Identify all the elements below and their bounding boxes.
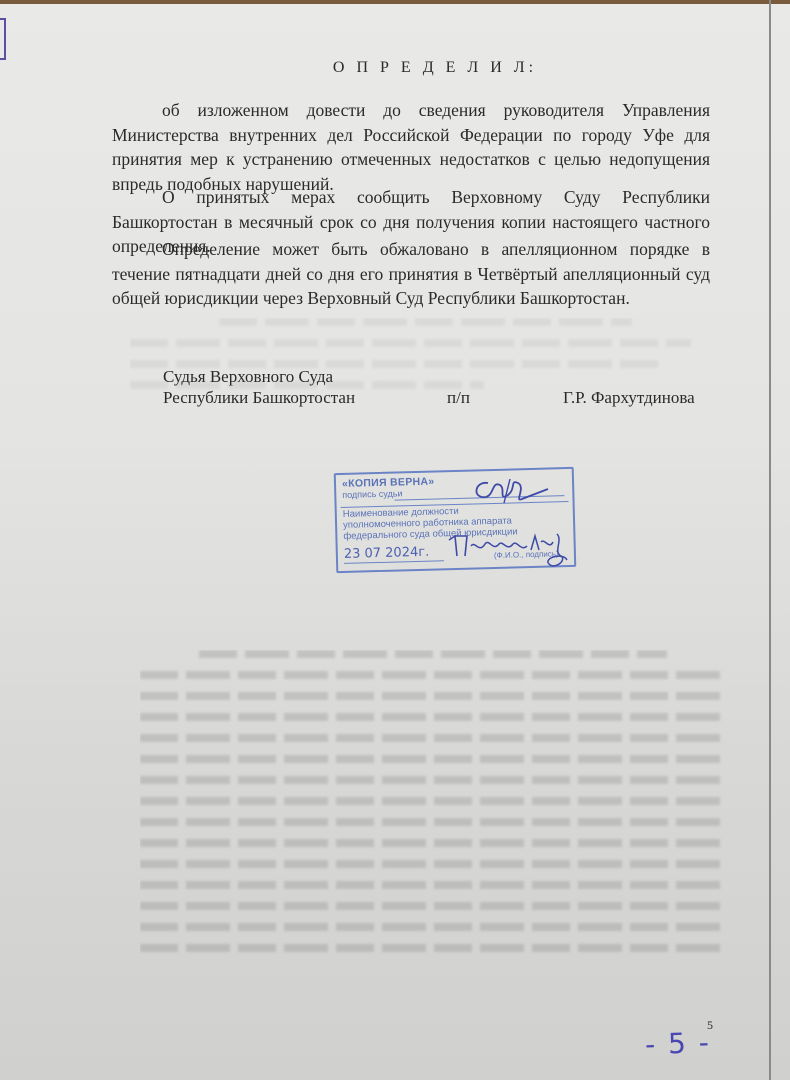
bleed-through-text-lower	[140, 650, 725, 990]
signature-mark: п/п	[447, 388, 470, 408]
paragraph-1: об изложенном довести до сведения руково…	[112, 98, 710, 196]
paper-fold-line	[769, 0, 771, 1080]
ruling-heading: О П Р Е Д Е Л И Л:	[0, 59, 790, 77]
judge-title-line1: Судья Верховного Суда	[163, 367, 333, 387]
desk-edge	[0, 0, 790, 4]
margin-mark	[0, 18, 6, 60]
judge-signature-icon	[470, 475, 550, 505]
paragraph-3: Определение может быть обжаловано в апел…	[112, 237, 710, 311]
handwritten-page-number: - 5 -	[644, 1026, 711, 1061]
clerk-signature-icon	[445, 530, 570, 572]
stamp-judge-signature-label: подпись судьи	[342, 488, 402, 500]
document-page: О П Р Е Д Е Л И Л: об изложенном довести…	[0, 0, 790, 1080]
judge-name: Г.Р. Фархутдинова	[563, 388, 695, 408]
judge-title-line2: Республики Башкортостан	[163, 388, 355, 408]
stamp-date: 23 07 2024г.	[344, 545, 430, 562]
